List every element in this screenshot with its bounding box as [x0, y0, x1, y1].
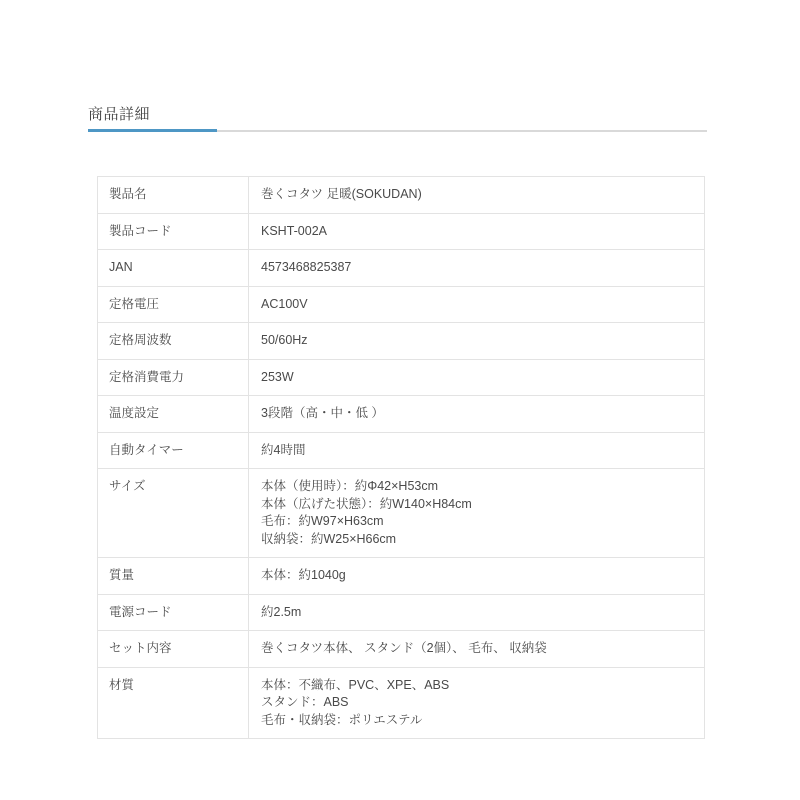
spec-label: 質量 — [98, 558, 249, 595]
spec-label: 定格消費電力 — [98, 359, 249, 396]
spec-label: 定格周波数 — [98, 323, 249, 360]
spec-value: 本体：約1040g — [249, 558, 705, 595]
spec-row: 製品コード KSHT-002A — [98, 213, 705, 250]
spec-value: 巻くコタツ本体、 スタンド（2個）、 毛布、 収納袋 — [249, 631, 705, 668]
title-underline-track — [217, 130, 707, 132]
spec-label: 定格電圧 — [98, 286, 249, 323]
spec-value: 約2.5m — [249, 594, 705, 631]
spec-value: 50/60Hz — [249, 323, 705, 360]
spec-row: 材質 本体：不織布、PVC、XPE、ABSスタンド：ABS毛布・収納袋：ポリエス… — [98, 667, 705, 739]
spec-value: 約4時間 — [249, 432, 705, 469]
spec-row: セット内容 巻くコタツ本体、 スタンド（2個）、 毛布、 収納袋 — [98, 631, 705, 668]
product-detail-page: 商品詳細 製品名 巻くコタツ 足暖(SOKUDAN) 製品コード KSHT-00… — [0, 0, 800, 800]
product-spec-table: 製品名 巻くコタツ 足暖(SOKUDAN) 製品コード KSHT-002A JA… — [97, 176, 705, 739]
spec-label: 製品コード — [98, 213, 249, 250]
spec-table-body: 製品名 巻くコタツ 足暖(SOKUDAN) 製品コード KSHT-002A JA… — [98, 177, 705, 739]
spec-row: 質量 本体：約1040g — [98, 558, 705, 595]
spec-row: 定格消費電力 253W — [98, 359, 705, 396]
spec-row: 自動タイマー 約4時間 — [98, 432, 705, 469]
spec-label: 自動タイマー — [98, 432, 249, 469]
spec-value: 3段階（高・中・低 ） — [249, 396, 705, 433]
spec-row: 定格周波数 50/60Hz — [98, 323, 705, 360]
spec-value: 253W — [249, 359, 705, 396]
title-underline — [88, 129, 707, 132]
section-title: 商品詳細 — [88, 103, 150, 124]
spec-label: セット内容 — [98, 631, 249, 668]
title-underline-accent — [88, 129, 217, 132]
spec-row: 定格電圧 AC100V — [98, 286, 705, 323]
spec-row: 製品名 巻くコタツ 足暖(SOKUDAN) — [98, 177, 705, 214]
spec-row: 温度設定 3段階（高・中・低 ） — [98, 396, 705, 433]
spec-label: 電源コード — [98, 594, 249, 631]
spec-value: 巻くコタツ 足暖(SOKUDAN) — [249, 177, 705, 214]
spec-label: 製品名 — [98, 177, 249, 214]
spec-value: AC100V — [249, 286, 705, 323]
spec-value: KSHT-002A — [249, 213, 705, 250]
spec-value: 本体：不織布、PVC、XPE、ABSスタンド：ABS毛布・収納袋：ポリエステル — [249, 667, 705, 739]
spec-value: 4573468825387 — [249, 250, 705, 287]
spec-row: JAN 4573468825387 — [98, 250, 705, 287]
spec-value: 本体（使用時）：約Φ42×H53cm本体（広げた状態）：約W140×H84cm毛… — [249, 469, 705, 558]
spec-label: 温度設定 — [98, 396, 249, 433]
spec-row: 電源コード 約2.5m — [98, 594, 705, 631]
spec-label: 材質 — [98, 667, 249, 739]
spec-row: サイズ 本体（使用時）：約Φ42×H53cm本体（広げた状態）：約W140×H8… — [98, 469, 705, 558]
spec-label: サイズ — [98, 469, 249, 558]
spec-label: JAN — [98, 250, 249, 287]
